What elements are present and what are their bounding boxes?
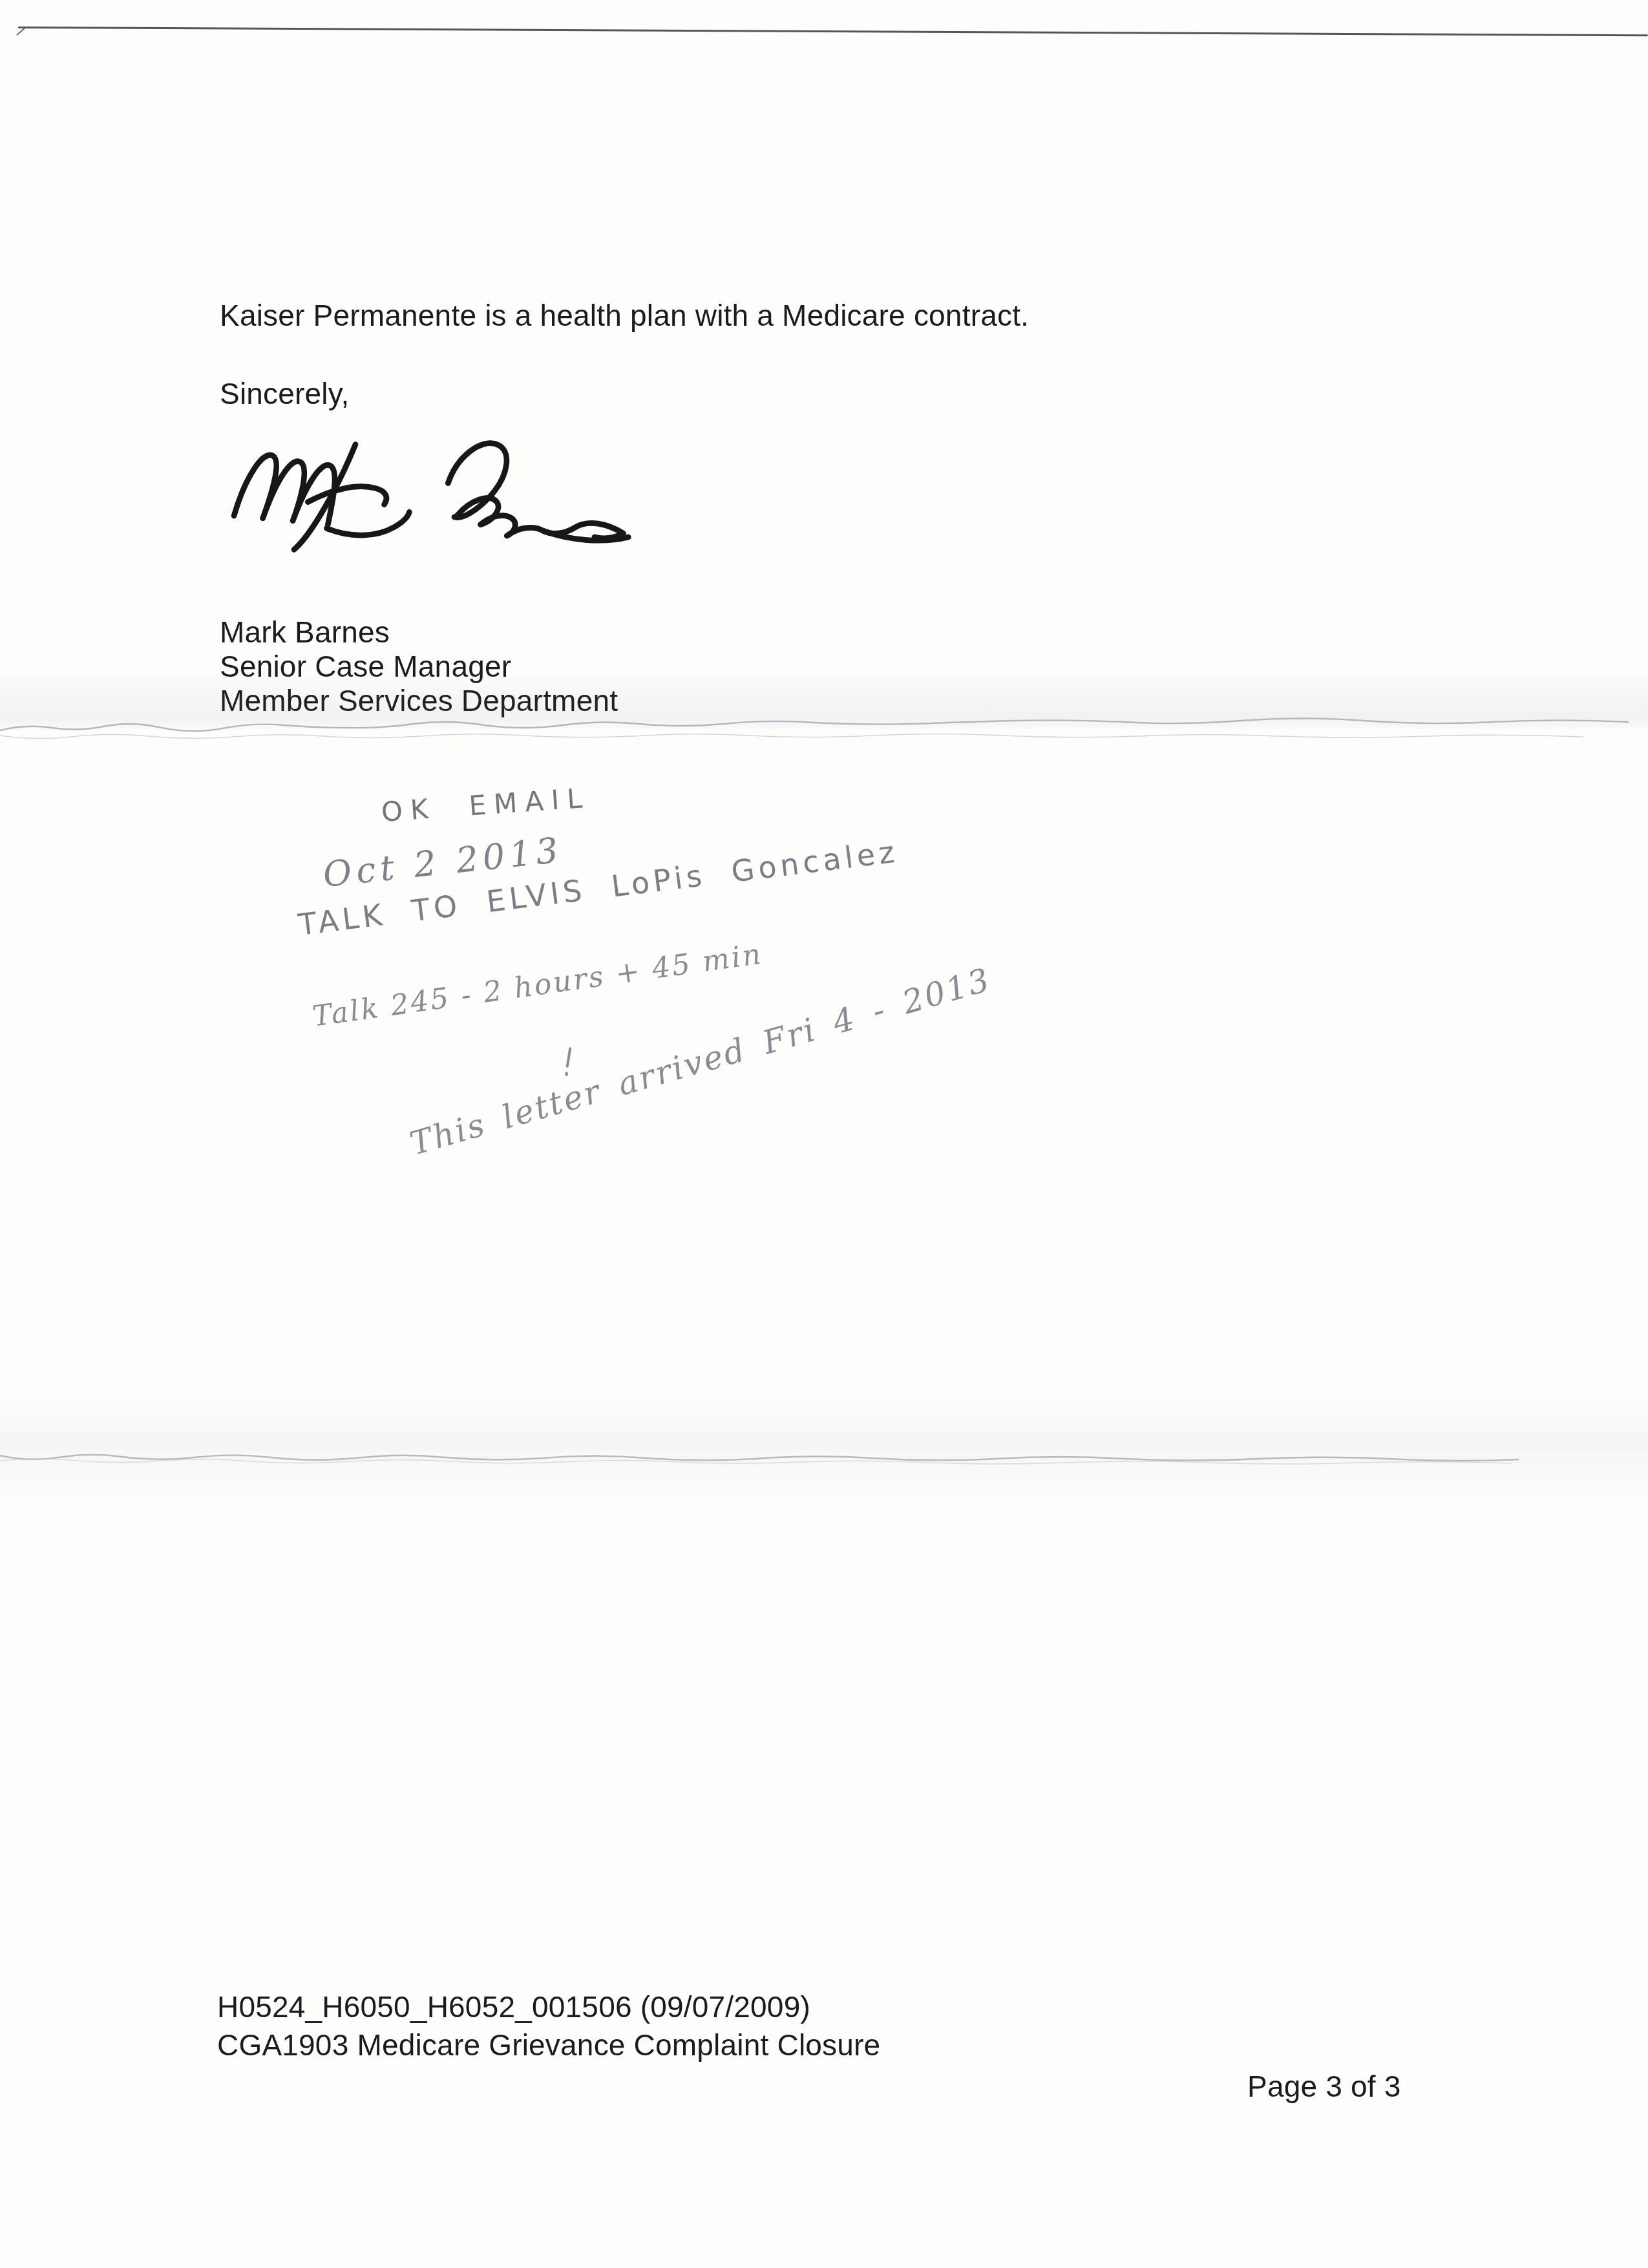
handwritten-signature xyxy=(227,417,641,559)
footer-block: H0524_H6050_H6052_001506 (09/07/2009) CG… xyxy=(217,1988,880,2064)
scanned-letter-page: Kaiser Permanente is a health plan with … xyxy=(0,0,1648,2268)
pencil-tick-dot xyxy=(565,1072,568,1076)
footer-form-id: H0524_H6050_H6052_001506 (09/07/2009) xyxy=(217,1988,880,2026)
scan-edge-line xyxy=(18,26,1648,36)
pencil-note-ok-email: OK EMAIL xyxy=(380,782,591,828)
letter-body-line: Kaiser Permanente is a health plan with … xyxy=(220,299,1029,333)
letter-closing: Sincerely, xyxy=(220,377,350,411)
scan-edge-notch xyxy=(16,28,25,36)
signature-block: Mark Barnes Senior Case Manager Member S… xyxy=(220,615,618,718)
signature-ink-strokes xyxy=(227,417,641,556)
signer-title: Senior Case Manager xyxy=(220,650,618,684)
fold-crease-lower xyxy=(0,1436,1648,1475)
pencil-tick-mark xyxy=(566,1047,572,1068)
footer-form-name: CGA1903 Medicare Grievance Complaint Clo… xyxy=(217,2026,880,2064)
signer-name: Mark Barnes xyxy=(220,615,618,650)
fold-crease-upper xyxy=(0,710,1648,748)
pencil-note-duration: Talk 245 - 2 hours + 45 min xyxy=(310,937,765,1033)
page-indicator: Page 3 of 3 xyxy=(1247,2070,1401,2104)
